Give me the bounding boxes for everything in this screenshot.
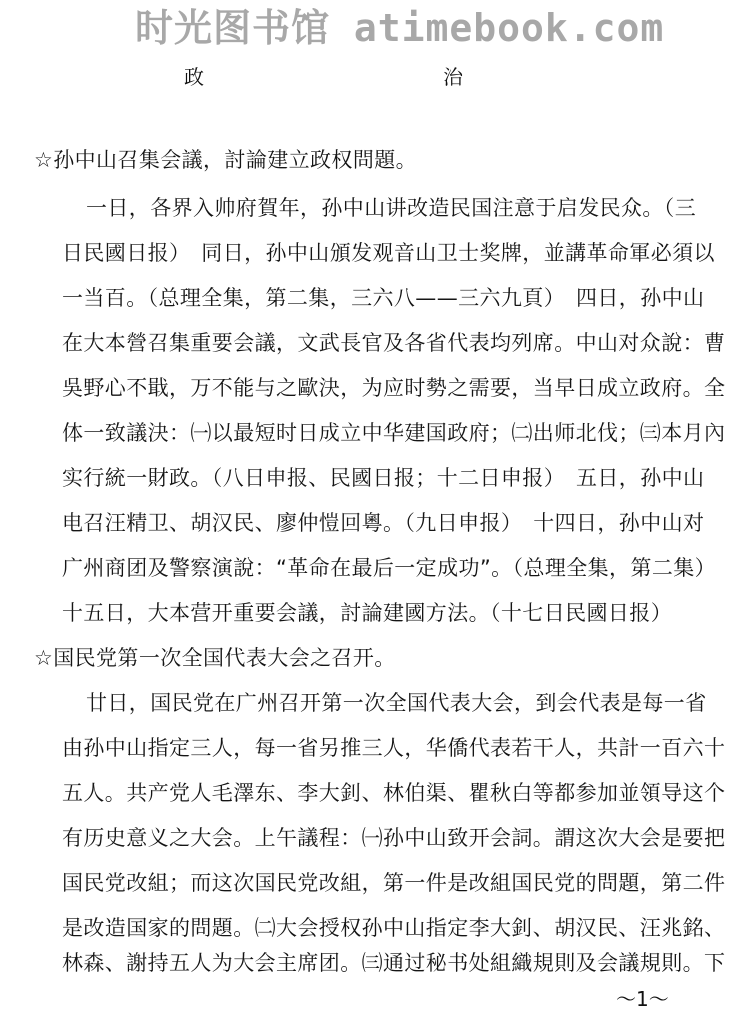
text-line: 国民党改組；而这次国民党改組，第一件是改組国民党的問題，第二件 bbox=[62, 868, 725, 898]
text-line: 广州商团及警察演說：“革命在最后一定成功”。（总理全集，第二集） bbox=[62, 553, 716, 583]
text-line: 一日，各界入帅府賀年，孙中山讲改造民国注意于启发民众。（三 bbox=[86, 193, 696, 223]
page-title: 政 治 bbox=[0, 62, 756, 92]
text-line: 一当百。（总理全集，第二集，三六八——三六九頁） 四日，孙中山 bbox=[62, 283, 704, 313]
section-heading: ☆国民党第一次全国代表大会之召开。 bbox=[34, 643, 396, 673]
page-number: ～1～ bbox=[616, 985, 669, 1013]
text-line: 实行統一財政。（八日申报、民國日报；十二日申报） 五日，孙中山 bbox=[62, 463, 704, 493]
watermark-text: 时光图书馆 atimebook.com bbox=[135, 4, 664, 52]
text-line: 日民國日报） 同日，孙中山頒发观音山卫士奖牌，並講革命軍必須以 bbox=[62, 238, 715, 268]
text-line: 吳野心不戢，万不能与之歐決，为应时勢之需要，当早日成立政府。全 bbox=[62, 373, 725, 403]
text-line: 由孙中山指定三人，每一省另推三人，华僑代表若干人，共計一百六十 bbox=[62, 733, 725, 763]
text-line: 电召汪精卫、胡汉民、廖仲愷回粵。（九日申报） 十四日，孙中山对 bbox=[62, 508, 704, 538]
page-title-char-1: 政 bbox=[184, 62, 204, 92]
text-line: 是改造国家的問題。㈡大会授权孙中山指定李大釗、胡汉民、汪兆銘、 bbox=[62, 913, 725, 943]
section-heading: ☆孙中山召集会議，討論建立政权問題。 bbox=[34, 145, 417, 175]
text-line: 十五日，大本营开重要会議，討論建國方法。（十七日民國日报） bbox=[62, 598, 672, 628]
text-line: 体一致議決：㈠以最短时日成立中华建国政府；㈡出师北伐；㈢本月內 bbox=[62, 418, 725, 448]
text-line: 有历史意义之大会。上午議程：㈠孙中山致开会詞。謂这次大会是要把 bbox=[62, 823, 725, 853]
page-title-char-2: 治 bbox=[443, 62, 463, 92]
text-line: 在大本營召集重要会議，文武長官及各省代表均列席。中山对众說：曹 bbox=[62, 328, 725, 358]
text-line: 五人。共产党人毛澤东、李大釗、林伯渠、瞿秋白等都参加並領导这个 bbox=[62, 778, 725, 808]
text-line: 林森、謝持五人为大会主席团。㈢通过秘书处組織規則及会議規則。下 bbox=[62, 948, 725, 978]
text-line: 廿日，国民党在广州召开第一次全国代表大会，到会代表是每一省 bbox=[86, 688, 707, 718]
